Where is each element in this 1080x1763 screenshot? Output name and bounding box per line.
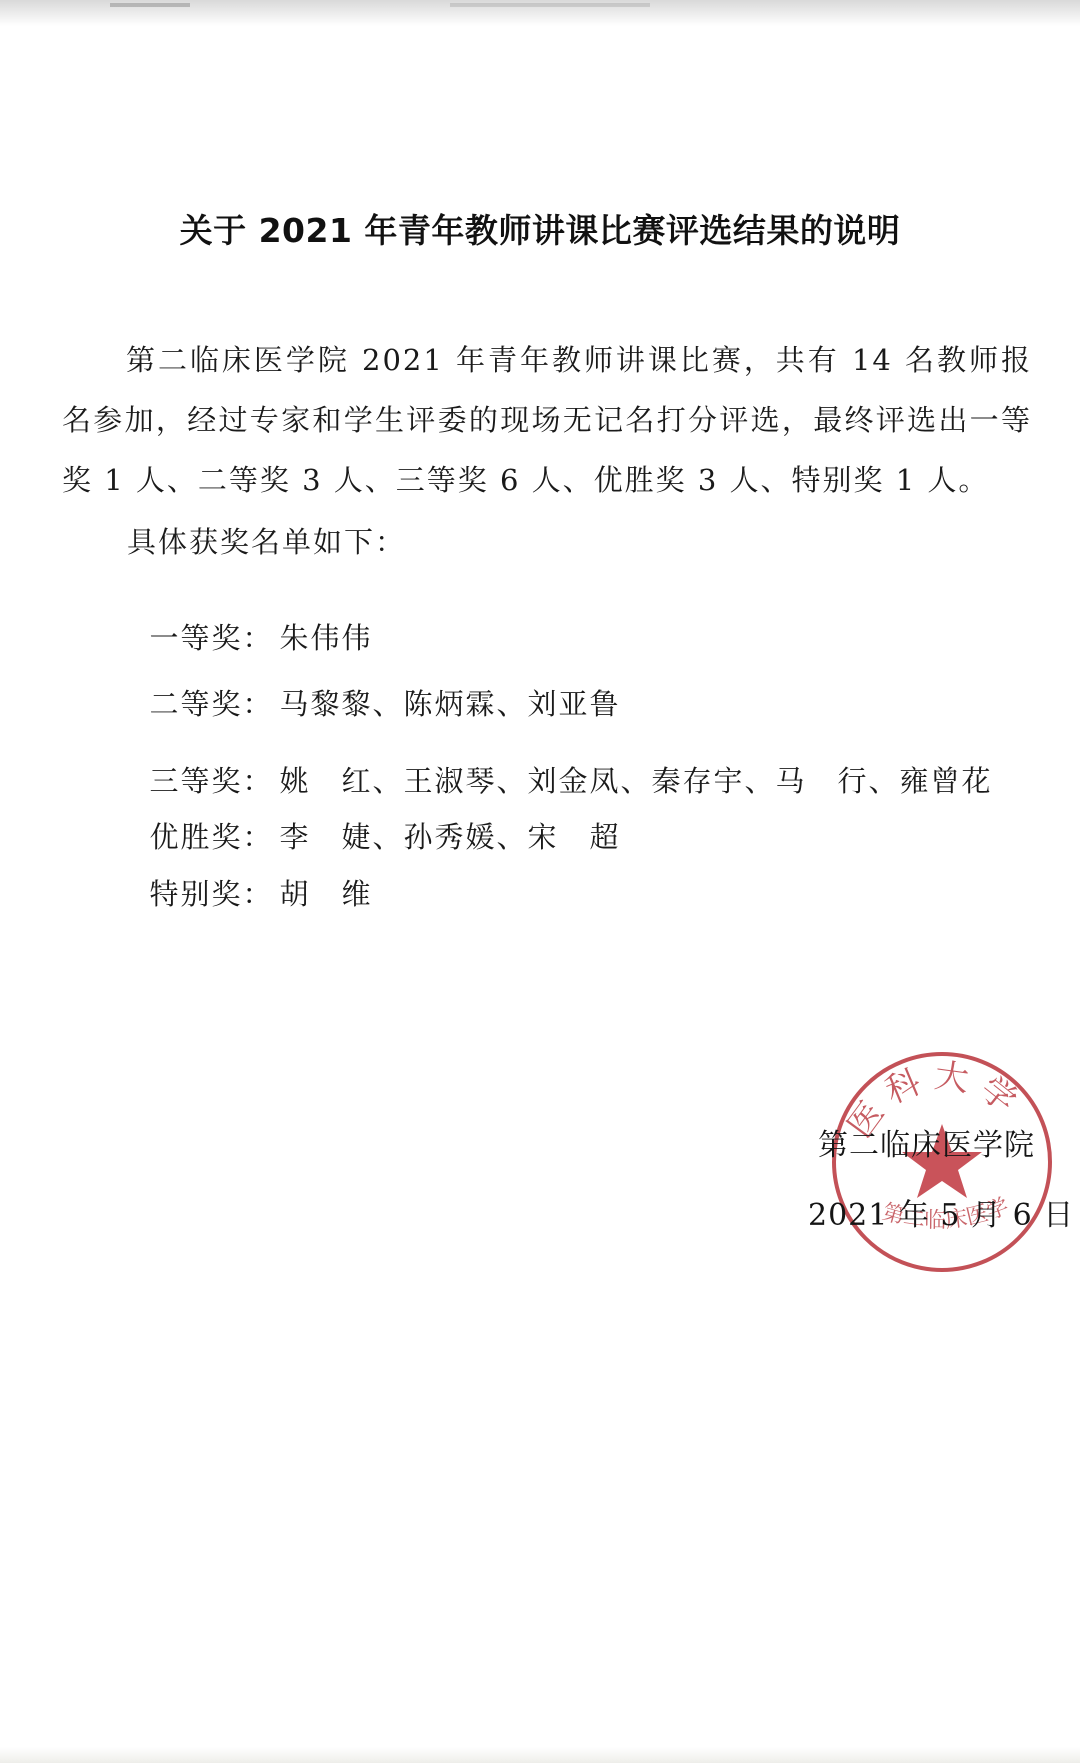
award-row-second-prize: 二等奖：马黎黎、陈炳霖、刘亚鲁 [127, 648, 620, 723]
award-list-intro: 具体获奖名单如下： [127, 520, 406, 561]
signature-date: 2021 年 5 月 6 日 [808, 1190, 1074, 1234]
body-paragraph: 第二临床医学院 2021 年青年教师讲课比赛，共有 14 名教师报名参加，经过专… [62, 330, 1032, 510]
award-winners: 马黎黎、陈炳霖、刘亚鲁 [279, 687, 620, 721]
award-row-special-award: 特别奖：胡 维 [127, 838, 372, 913]
document-title: 关于 2021 年青年教师讲课比赛评选结果的说明 [0, 205, 1080, 252]
award-row-first-prize: 一等奖：朱伟伟 [127, 582, 372, 657]
signature-organization: 第二临床医学院 [818, 1120, 1035, 1164]
award-winners: 胡 维 [279, 877, 372, 911]
scan-artifact [450, 3, 650, 7]
scan-artifact [110, 3, 190, 7]
award-label: 特别奖： [149, 877, 273, 911]
award-label: 二等奖： [149, 687, 273, 721]
scan-bottom-edge [0, 1747, 1080, 1763]
scan-top-edge [0, 0, 1080, 26]
